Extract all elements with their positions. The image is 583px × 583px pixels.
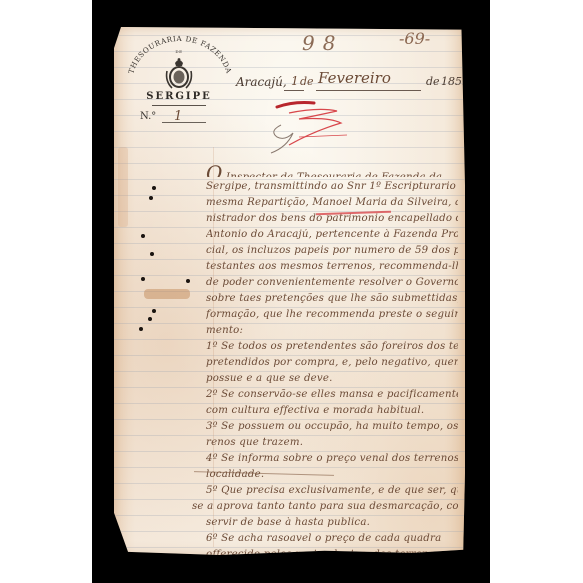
body-line: possue e a que se deve.: [206, 373, 458, 389]
imperial-coat-of-arms-icon: [164, 57, 194, 91]
body-line: 3º Se possuem ou occupão, ha muito tempo…: [206, 421, 458, 437]
date-day-suffix: de: [300, 75, 314, 88]
date-year-prefix: de: [426, 75, 440, 88]
body-line: O Inspector da Thesouraria de Fazenda da: [206, 161, 458, 177]
date-underline: [284, 90, 304, 91]
body-line: pretendidos por compra, e, pelo negativo…: [206, 357, 458, 373]
binding-hole: [152, 309, 156, 313]
binding-hole: [186, 279, 190, 283]
date-underline: [316, 90, 421, 91]
body-line: com cultura effectiva e morada habitual.: [206, 405, 458, 421]
document-number: 98: [302, 31, 343, 55]
body-line: se a aprova tanto tanto para sua desmarc…: [192, 501, 458, 517]
date-month: Fevereiro: [318, 69, 391, 87]
letterhead-rule: [152, 105, 206, 106]
date-place: Aracajú,: [236, 75, 287, 89]
letterhead-number: N.° 1: [140, 111, 230, 125]
binding-hole: [148, 317, 152, 321]
body-line: 6º Se acha rasoavel o preço de cada quad…: [206, 533, 458, 549]
body-line: mento:: [206, 325, 458, 341]
body-line: 2º Se conservão-se elles mansa e pacific…: [206, 389, 458, 405]
body-line: sobre taes pretenções que lhe são submet…: [206, 293, 458, 309]
body-line: de poder convenientemente resolver o Gov…: [206, 277, 458, 293]
body-line: mesma Repartição, Manoel Maria da Silvei…: [206, 197, 458, 213]
body-line: formação, que lhe recommenda preste o se…: [206, 309, 458, 325]
stain: [144, 289, 190, 299]
binding-hole: [150, 252, 154, 256]
number-value: 1: [174, 109, 182, 124]
number-line: [162, 122, 206, 123]
body-line: testantes aos mesmos terrenos, recommend…: [206, 261, 458, 277]
body-line: renos que trazem.: [206, 437, 458, 453]
letterhead-province: SERGIPE: [132, 91, 226, 102]
body-line: 4º Se informa sobre o preço venal dos te…: [206, 453, 458, 469]
body-line: cial, os incluzos papeis por numero de 5…: [206, 245, 458, 261]
date-day: 1: [291, 74, 299, 88]
stain: [118, 147, 128, 227]
body-line: servir de base à hasta publica.: [206, 517, 458, 533]
document-page: THESOURARIA DE FAZENDA DE SERGIPE N.° 1 …: [114, 27, 465, 555]
date-line: Aracajú, 1 de Fevereiro de 1859: [236, 75, 460, 95]
body-line: Antonio do Aracajú, pertencente à Fazend…: [206, 229, 458, 245]
binding-hole: [149, 196, 153, 200]
body-line: 1º Se todos os pretendentes são foreiros…: [206, 341, 458, 357]
number-label: N.°: [140, 111, 156, 122]
red-annotation-flourish: [259, 97, 349, 157]
body-line: localidade.: [206, 469, 458, 485]
binding-hole: [141, 277, 145, 281]
folio-number: -69-: [399, 29, 430, 48]
body-line: Sergipe, transmittindo ao Snr 1º Escript…: [206, 181, 458, 197]
body-line: 5º Que precisa exclusivamente, e de que …: [206, 485, 458, 501]
body-line: nistrador dos bens do patrimonio encapel…: [206, 213, 458, 229]
binding-hole: [139, 327, 143, 331]
letterhead: THESOURARIA DE FAZENDA DE SERGIPE N.° 1: [124, 33, 234, 143]
binding-hole: [152, 186, 156, 190]
svg-text:DE: DE: [175, 49, 182, 54]
binding-hole: [141, 234, 145, 238]
